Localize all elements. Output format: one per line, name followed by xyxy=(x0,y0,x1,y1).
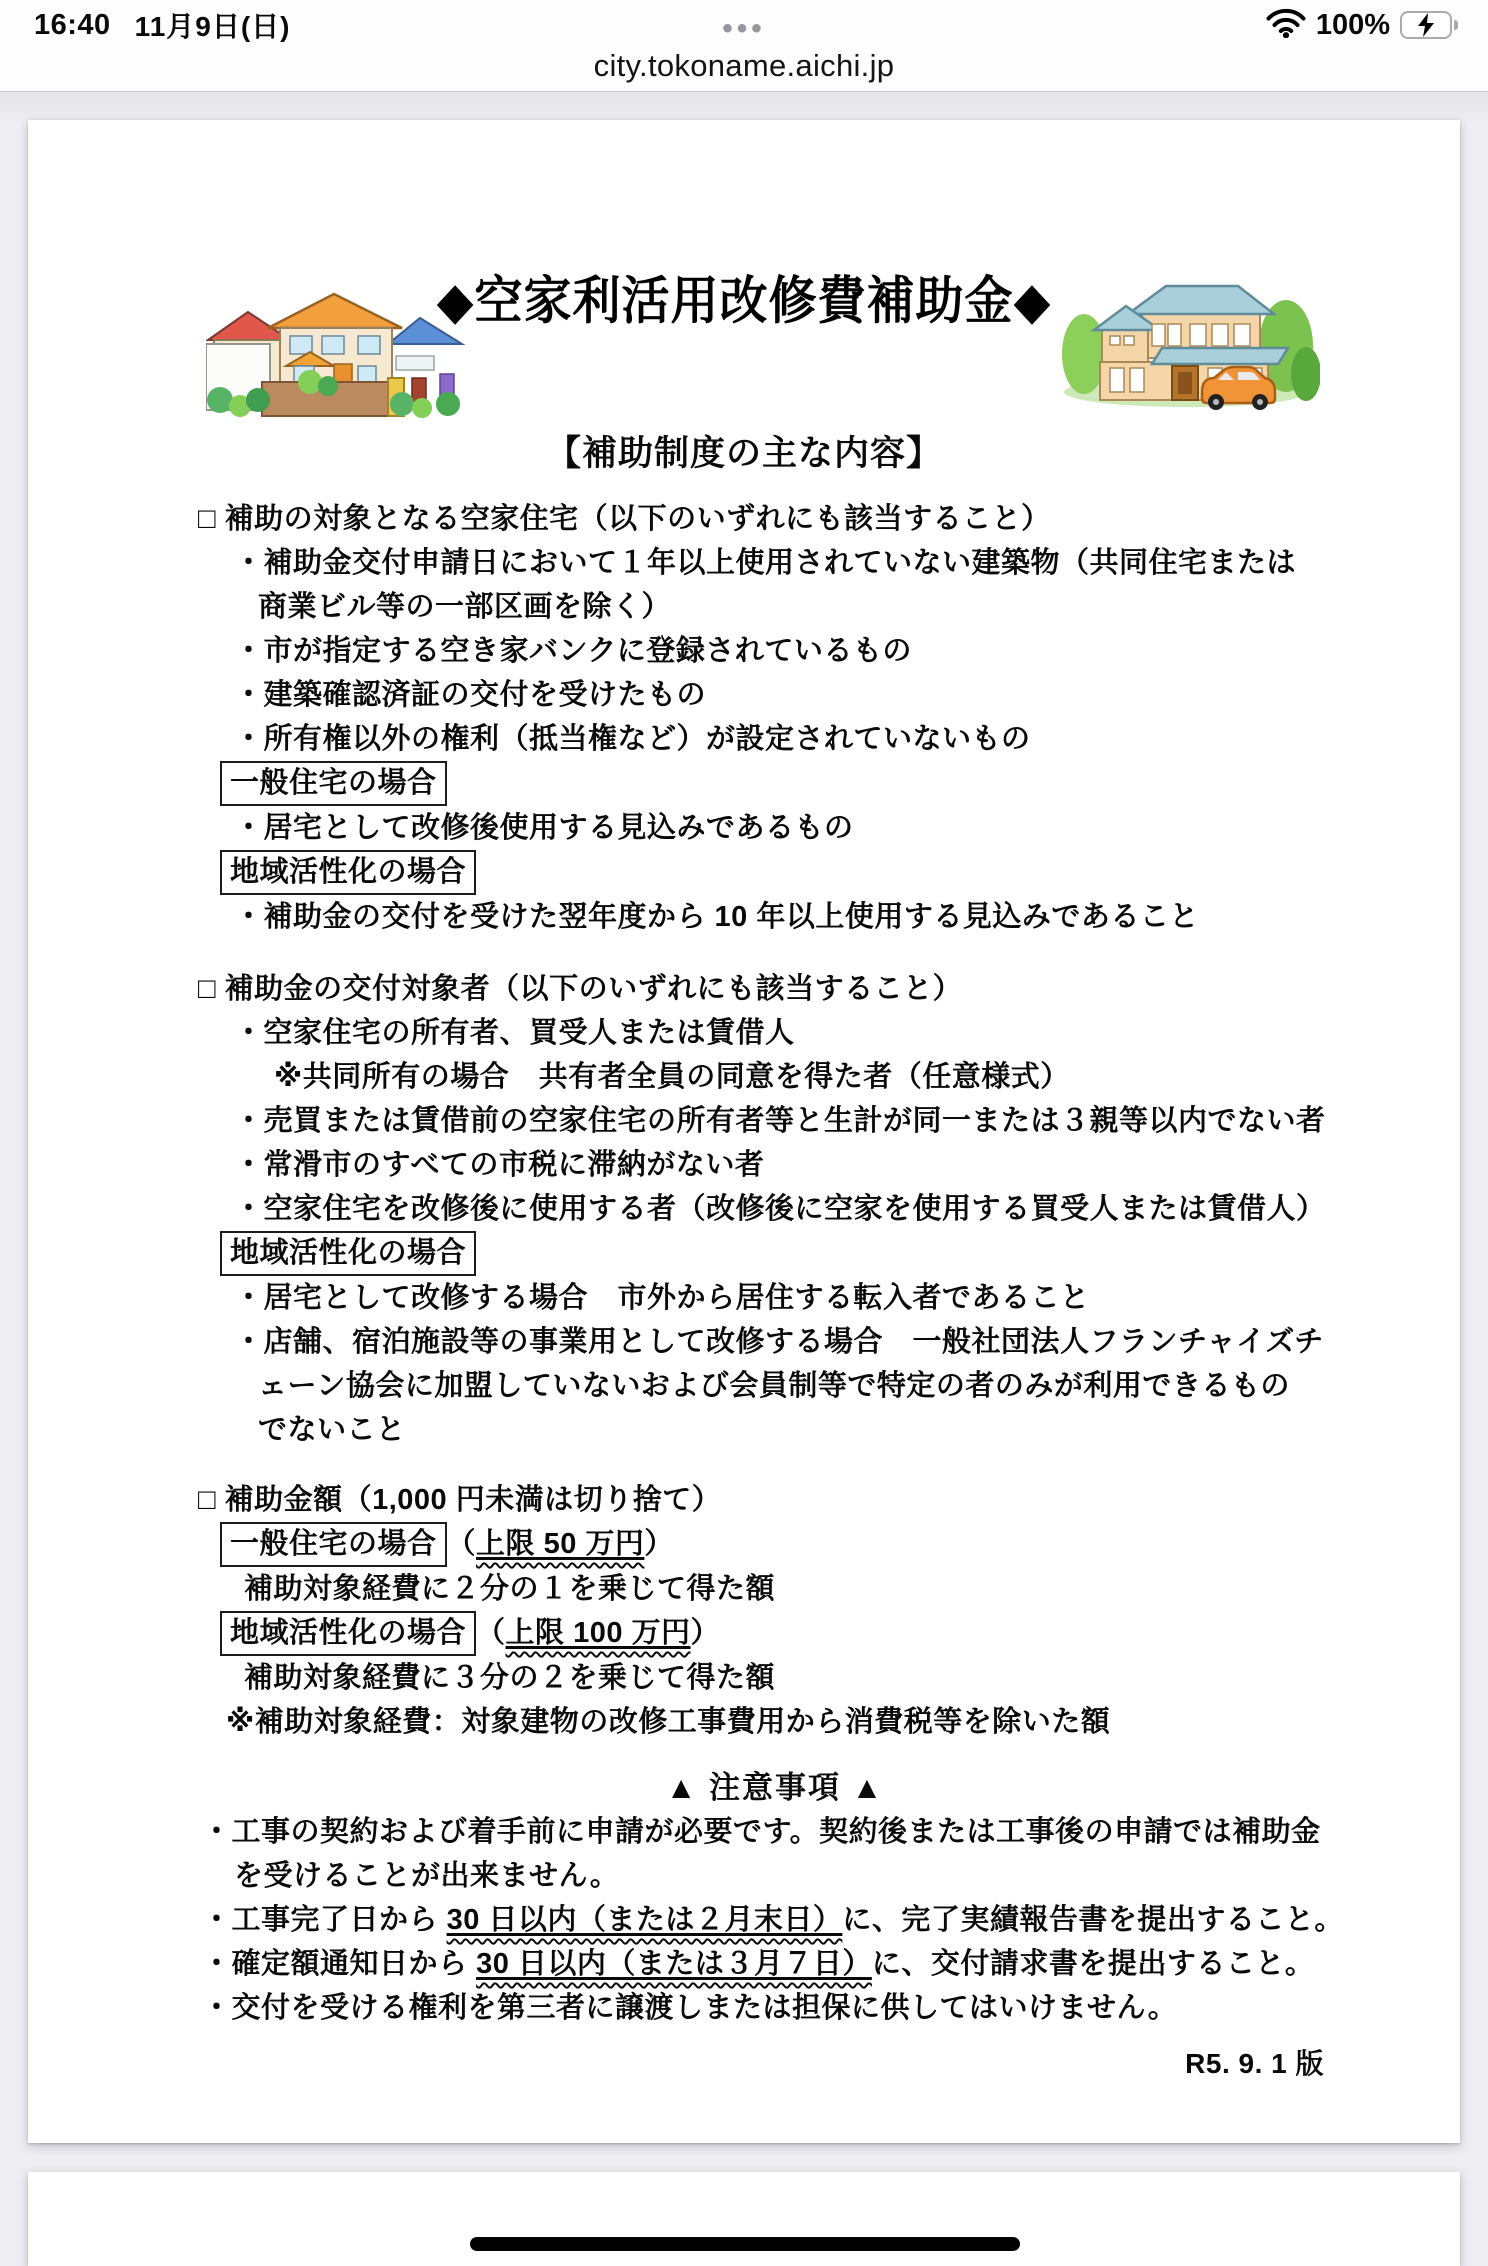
target-bullet: ・補助金の交付を受けた翌年度から 10 年以上使用する見込みであること xyxy=(234,895,1380,939)
safari-chrome: 16:40 11月9日(日) ••• 100% xyxy=(0,0,1488,92)
amount-note: ※補助対象経費：対象建物の改修工事費用から消費税等を除いた額 xyxy=(226,1700,1380,1744)
target-section-header: □ 補助の対象となる空家住宅（以下のいずれにも該当すること） xyxy=(198,497,1380,541)
status-time: 16:40 xyxy=(34,9,111,42)
label-box-regional-revitalization: 地域活性化の場合 xyxy=(220,1231,476,1276)
note-bullet: ・工事の契約および着手前に申請が必要です。契約後または工事後の申請では補助金 xyxy=(202,1810,1380,1854)
houses-street-illustration xyxy=(206,282,470,423)
recipient-bullet: ・空家住宅を改修後に使用する者（改修後に空家を使用する買受人または賃借人） xyxy=(234,1187,1380,1231)
target-bullet-continuation: 商業ビル等の一部区画を除く） xyxy=(258,585,1380,629)
label-box-regional-revitalization: 地域活性化の場合 xyxy=(220,1611,476,1656)
amount-section-header: □ 補助金額（1,000 円未満は切り捨て） xyxy=(198,1478,1380,1522)
note-bullet: ・確定額通知日から 30 日以内（または３月７日）に、交付請求書を提出すること。 xyxy=(202,1942,1380,1986)
amount-general-line: 一般住宅の場合（上限 50 万円） xyxy=(220,1522,1380,1567)
status-right-cluster: 100% xyxy=(1266,8,1458,43)
document-version: R5. 9. 1 版 xyxy=(170,2042,1380,2086)
target-bullet: ・居宅として改修後使用する見込みであるもの xyxy=(234,806,1380,850)
pdf-page-1: ◆空家利活用改修費補助金◆ xyxy=(28,120,1460,2143)
recipient-subnote: ※共同所有の場合 共有者全員の同意を得た者（任意様式） xyxy=(274,1055,1380,1099)
recipient-bullet: ・店舗、宿泊施設等の事業用として改修する場合 一般社団法人フランチャイズチ xyxy=(234,1320,1380,1364)
recipient-bullet: ・売買または賃借前の空家住宅の所有者等と生計が同一または３親等以内でない者 xyxy=(234,1099,1380,1143)
recipient-bullet: ・常滑市のすべての市税に滞納がない者 xyxy=(234,1143,1380,1187)
section-main-heading: 【補助制度の主な内容】 xyxy=(28,426,1460,476)
recipient-bullet-continuation: でないこと xyxy=(258,1408,1380,1452)
note-bullet: ・交付を受ける権利を第三者に譲渡しまたは担保に供してはいけません。 xyxy=(202,1986,1380,2030)
amount-general-calc: 補助対象経費に２分の１を乗じて得た額 xyxy=(244,1567,1380,1611)
battery-charging-icon xyxy=(1400,11,1458,39)
label-box-general-housing: 一般住宅の場合 xyxy=(220,1522,447,1567)
target-bullet: ・補助金交付申請日において１年以上使用されていない建築物（共同住宅または xyxy=(234,541,1380,585)
recipient-section-header: □ 補助金の交付対象者（以下のいずれにも該当すること） xyxy=(198,967,1380,1011)
label-box-regional-revitalization: 地域活性化の場合 xyxy=(220,850,476,895)
general-limit-underlined: 上限 50 万円 xyxy=(476,1528,644,1560)
document-body: □ 補助の対象となる空家住宅（以下のいずれにも該当すること） ・補助金交付申請日… xyxy=(170,497,1380,2086)
status-bar: 16:40 11月9日(日) ••• 100% xyxy=(0,0,1488,40)
pdf-page-2 xyxy=(28,2172,1460,2266)
recipient-bullet: ・空家住宅の所有者、買受人または賃借人 xyxy=(234,1011,1380,1055)
wifi-icon xyxy=(1266,8,1306,43)
charging-bolt-icon xyxy=(1414,12,1438,43)
pdf-viewport[interactable]: ◆空家利活用改修費補助金◆ xyxy=(0,93,1488,2266)
recipient-bullet-continuation: ェーン協会に加盟していないおよび会員制等で特定の者のみが利用できるもの xyxy=(258,1364,1380,1408)
deadline-underlined: 30 日以内（または２月末日） xyxy=(447,1904,843,1936)
target-bullet: ・建築確認済証の交付を受けたもの xyxy=(234,673,1380,717)
status-date: 11月9日(日) xyxy=(135,5,291,45)
home-indicator[interactable] xyxy=(470,2237,1020,2251)
address-bar[interactable]: city.tokoname.aichi.jp xyxy=(0,42,1488,90)
house-with-car-illustration xyxy=(1056,270,1320,417)
note-bullet-continuation: を受けることが出来ません。 xyxy=(234,1854,1380,1898)
notes-section-header: ▲ 注意事項 ▲ xyxy=(170,1766,1380,1810)
address-bar-host[interactable]: city.tokoname.aichi.jp xyxy=(594,48,895,84)
regional-limit-underlined: 上限 100 万円 xyxy=(506,1617,691,1649)
note-bullet: ・工事完了日から 30 日以内（または２月末日）に、完了実績報告書を提出すること… xyxy=(202,1898,1380,1942)
deadline-underlined: 30 日以内（または３月７日） xyxy=(476,1948,872,1980)
recipient-bullet: ・居宅として改修する場合 市外から居住する転入者であること xyxy=(234,1276,1380,1320)
target-bullet: ・市が指定する空き家バンクに登録されているもの xyxy=(234,629,1380,673)
target-bullet: ・所有権以外の権利（抵当権など）が設定されていないもの xyxy=(234,717,1380,761)
document-title: ◆空家利活用改修費補助金◆ xyxy=(437,259,1052,334)
amount-regional-line: 地域活性化の場合（上限 100 万円） xyxy=(220,1611,1380,1656)
battery-percent: 100% xyxy=(1316,9,1390,42)
amount-regional-calc: 補助対象経費に３分の２を乗じて得た額 xyxy=(244,1656,1380,1700)
label-box-general-housing: 一般住宅の場合 xyxy=(220,761,447,806)
more-dots-icon[interactable]: ••• xyxy=(722,12,766,46)
